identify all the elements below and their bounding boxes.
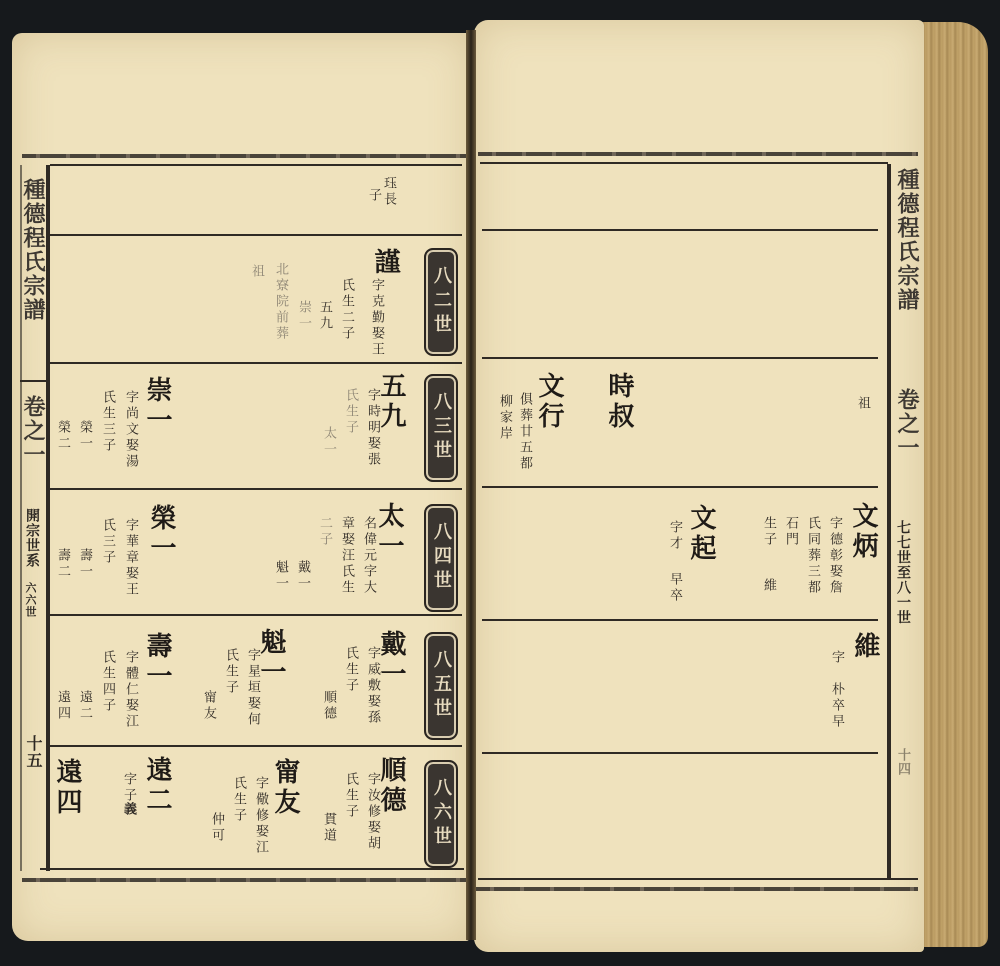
child-name: 魁一	[274, 560, 287, 592]
margin-divider	[46, 165, 50, 871]
burial-note: 俱葬廿五都	[518, 392, 531, 472]
row-divider	[482, 619, 878, 621]
generation-badge-84: 八四世	[424, 504, 458, 612]
top-row-text: 珏長	[382, 176, 395, 208]
person-details: 氏生子	[224, 648, 237, 696]
person-name: 遠四	[54, 758, 80, 818]
person-details: 氏生子	[344, 772, 357, 820]
person-name: 崇一	[144, 376, 170, 436]
book-gutter	[466, 30, 476, 940]
child-name: 維	[762, 578, 775, 594]
book-page-edges	[918, 22, 988, 947]
person-name: 順德	[378, 756, 404, 816]
child-name: 戴一	[296, 560, 309, 592]
person-details: 氏生三子	[101, 390, 114, 454]
person-details: 氏生子	[344, 646, 357, 694]
margin-faint-text: 六六世	[25, 582, 36, 618]
child-name: 榮一	[78, 420, 91, 452]
child-name: 仲可	[210, 812, 223, 844]
bottom-inner-border	[40, 868, 464, 870]
person-details: 名偉元字大	[362, 516, 375, 596]
person-name: 遠二	[144, 756, 170, 816]
top-inner-border	[480, 162, 888, 164]
child-name: 貫道	[322, 812, 335, 844]
top-border	[478, 152, 918, 156]
children-label: 生子	[762, 516, 775, 548]
margin-separator	[20, 380, 46, 382]
person-details: 字威敷娶孫	[366, 646, 379, 726]
person-name: 維	[852, 632, 878, 662]
row-divider	[482, 752, 878, 754]
person-name: 榮一	[148, 504, 174, 564]
row-divider	[50, 745, 462, 747]
person-details: 章娶汪氏生	[340, 516, 353, 596]
person-name: 時叔	[606, 372, 632, 432]
person-details: 字才	[668, 520, 681, 552]
person-name: 文炳	[850, 502, 876, 562]
page-number: 十五	[25, 735, 41, 769]
person-details: 字德彰娶詹	[828, 516, 841, 596]
person-details: 氏生子	[232, 776, 245, 824]
child-name: 甯友	[202, 690, 215, 722]
child-name: 五九	[318, 300, 331, 332]
child-name: 順德	[322, 690, 335, 722]
person-name: 甯友	[272, 758, 298, 818]
person-name: 文起	[688, 504, 714, 564]
person-details: 字汝修娶胡	[366, 772, 379, 852]
row-divider	[50, 362, 462, 364]
person-details: 字子	[122, 772, 135, 804]
person-details: 石門	[784, 516, 797, 548]
top-border	[22, 154, 466, 158]
margin-volume: 卷之一	[22, 395, 44, 467]
person-details: 字體仁娶江	[124, 650, 137, 730]
child-name: 太一	[322, 426, 335, 458]
margin-divider	[887, 164, 891, 879]
burial-note: 北寮院前葬	[274, 262, 287, 342]
child-name: 壽一	[78, 548, 91, 580]
child-name: 遠四	[56, 690, 69, 722]
bottom-border	[476, 887, 918, 891]
top-inner-border	[50, 164, 462, 166]
person-name: 五九	[378, 372, 404, 432]
person-details: 朴卒早	[830, 682, 843, 730]
person-details: 字時明娶張	[366, 388, 379, 468]
margin-book-title: 種德程氏宗譜	[22, 178, 44, 322]
person-name: 太一	[376, 502, 402, 562]
note-text: 祖	[856, 396, 869, 412]
margin-book-title: 種德程氏宗譜	[896, 168, 918, 312]
row-divider	[482, 357, 878, 359]
person-name: 戴一	[378, 630, 404, 690]
margin-volume: 卷之一	[896, 388, 918, 460]
person-details: 字華章娶王	[124, 518, 137, 598]
row-divider	[482, 486, 878, 488]
row-divider	[50, 488, 462, 490]
person-details: 字尚文娶湯	[124, 390, 137, 470]
bottom-inner-border	[478, 878, 918, 880]
person-details: 氏生子	[344, 388, 357, 436]
person-details: 義	[122, 802, 135, 818]
generation-badge-85: 八五世	[424, 632, 458, 740]
person-details: 二子	[318, 516, 331, 548]
person-details: 早卒	[668, 572, 681, 604]
burial-note: 柳家岸	[498, 394, 511, 442]
row-divider	[482, 229, 878, 231]
child-name: 遠二	[78, 690, 91, 722]
child-name: 崇一	[297, 300, 310, 332]
person-name: 魁一	[258, 628, 284, 688]
generation-badge-83: 八三世	[424, 374, 458, 482]
row-divider	[50, 234, 462, 236]
person-details: 氏三子	[101, 518, 114, 566]
person-details: 氏生四子	[101, 650, 114, 714]
person-details: 氏生二子	[340, 278, 353, 342]
row-divider	[50, 614, 462, 616]
top-row-text: 子	[367, 188, 380, 204]
child-name: 壽二	[56, 548, 69, 580]
generation-badge-82: 八二世	[424, 248, 458, 356]
child-name: 榮二	[56, 420, 69, 452]
burial-note: 祖	[250, 264, 263, 280]
generation-badge-86: 八六世	[424, 760, 458, 868]
person-name: 謹	[372, 248, 398, 278]
person-name: 文行	[536, 372, 562, 432]
margin-section: 開宗世系	[25, 508, 39, 568]
person-details: 字儆修娶江	[254, 776, 267, 856]
margin-generation-range: 七七世至八一世	[896, 520, 910, 625]
bottom-border	[22, 878, 466, 882]
person-name: 壽一	[144, 632, 170, 692]
person-details: 字	[830, 650, 843, 666]
margin-faint-page: 十四	[896, 748, 909, 776]
person-details: 氏同葬三都	[806, 516, 819, 596]
person-details: 字克勤娶王	[370, 278, 383, 358]
person-details: 字星垣娶何	[246, 648, 259, 728]
